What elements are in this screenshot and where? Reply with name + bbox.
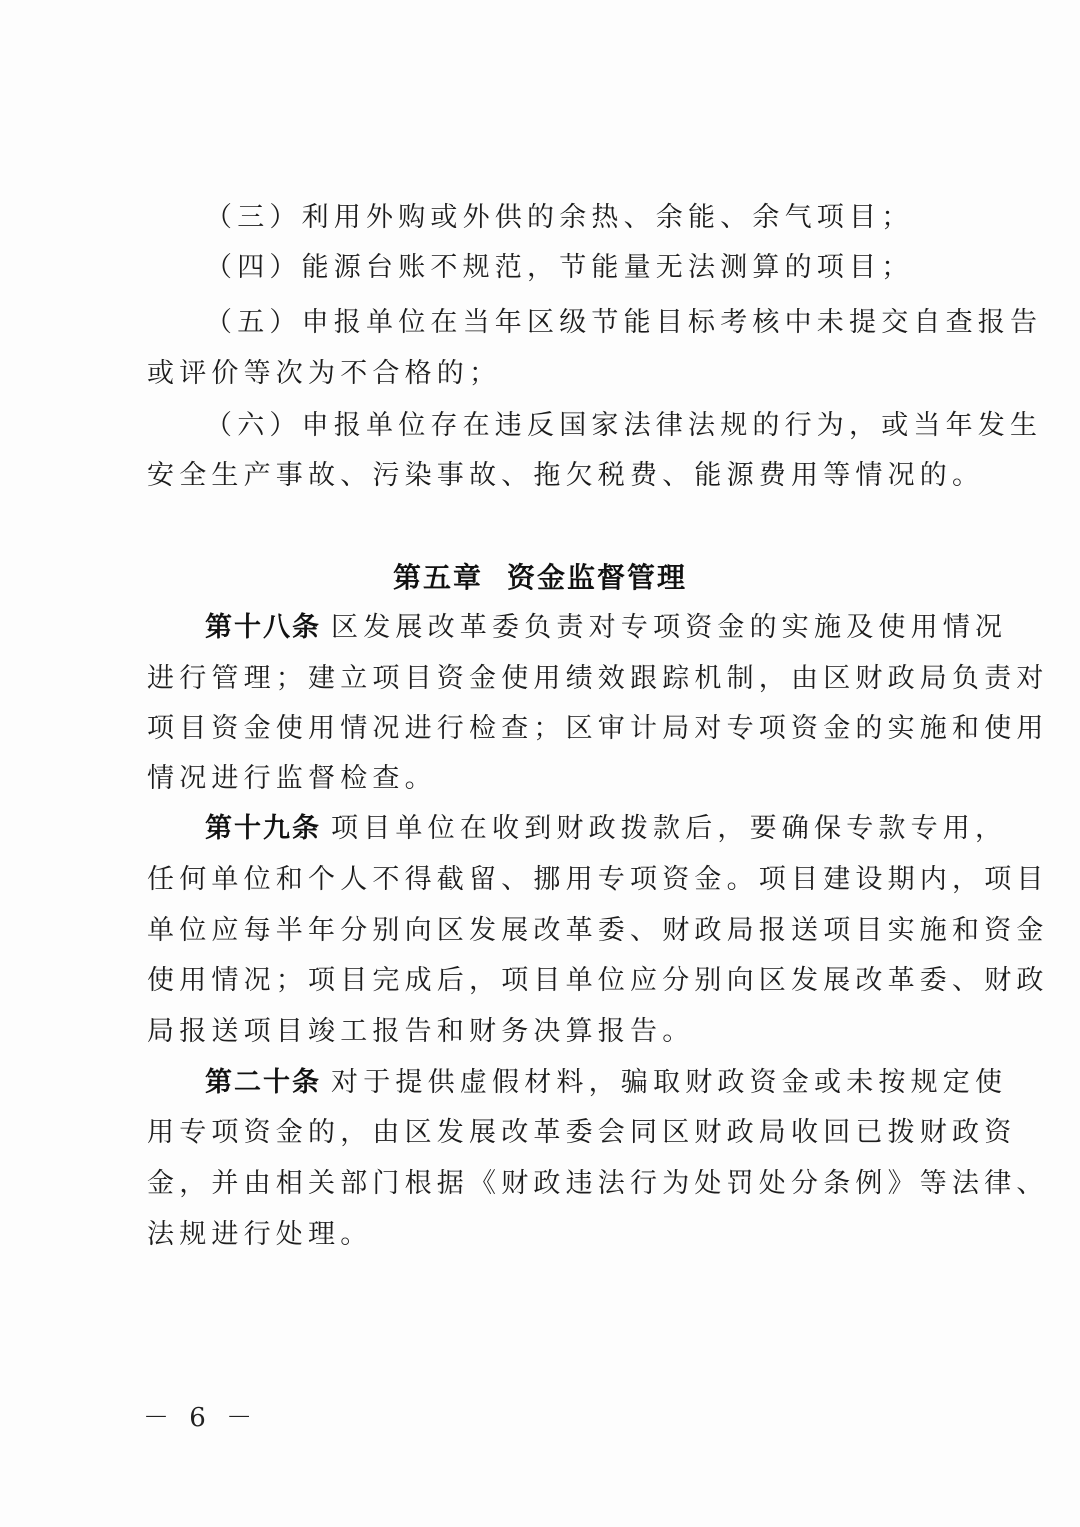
article-20-label: 第二十条 [205, 1067, 321, 1098]
list-item-5-line-1: （五）申报单位在当年区级节能目标考核中未提交自查报告 [205, 303, 947, 343]
article-18-line-3: 项目资金使用情况进行检查；区审计局对专项资金的实施和使用 [147, 709, 947, 749]
article-19-label: 第十九条 [205, 813, 321, 844]
article-19-text-1: 项目单位在收到财政拨款后，要确保专款专用， [331, 813, 1007, 844]
article-19-line-3: 单位应每半年分别向区发展改革委、财政局报送项目实施和资金 [147, 911, 947, 951]
article-20-line-2: 用专项资金的，由区发展改革委会同区财政局收回已拨财政资 [147, 1113, 947, 1153]
list-item-5-line-2: 或评价等次为不合格的； [147, 354, 947, 394]
chapter-heading: 第五章资金监督管理 [0, 558, 1080, 598]
article-18-line-4: 情况进行监督检查。 [147, 759, 947, 799]
article-18-line-2: 进行管理；建立项目资金使用绩效跟踪机制，由区财政局负责对 [147, 659, 947, 699]
article-18-line-1: 第十八条区发展改革委负责对专项资金的实施及使用情况 [205, 608, 947, 648]
article-19-line-4: 使用情况；项目完成后，项目单位应分别向区发展改革委、财政 [147, 961, 947, 1001]
list-item-4-line-1: （四）能源台账不规范，节能量无法测算的项目； [205, 252, 913, 283]
article-19-line-2: 任何单位和个人不得截留、挪用专项资金。项目建设期内，项目 [147, 860, 947, 900]
article-20-line-4: 法规进行处理。 [147, 1215, 947, 1255]
list-item-3: （三）利用外购或外供的余热、余能、余气项目； [205, 198, 1005, 238]
list-item-6-line-1: （六）申报单位存在违反国家法律法规的行为，或当年发生 [205, 406, 947, 446]
article-18-text-1: 区发展改革委负责对专项资金的实施及使用情况 [331, 612, 1007, 643]
article-19-line-1: 第十九条项目单位在收到财政拨款后，要确保专款专用， [205, 809, 947, 849]
list-item-3-line-1: （三）利用外购或外供的余热、余能、余气项目； [205, 202, 913, 233]
article-19-line-5: 局报送项目竣工报告和财务决算报告。 [147, 1012, 947, 1052]
article-20-line-3: 金，并由相关部门根据《财政违法行为处罚处分条例》等法律、 [147, 1164, 947, 1204]
chapter-title: 资金监督管理 [507, 561, 687, 594]
page-number: － 6 － [143, 1400, 258, 1436]
chapter-number: 第五章 [393, 561, 483, 594]
document-page: （三）利用外购或外供的余热、余能、余气项目； （四）能源台账不规范，节能量无法测… [0, 0, 1080, 1527]
list-item-6-line-2: 安全生产事故、污染事故、拖欠税费、能源费用等情况的。 [147, 456, 947, 496]
article-20-text-1: 对于提供虚假材料，骗取财政资金或未按规定使 [331, 1067, 1007, 1098]
article-18-label: 第十八条 [205, 612, 321, 643]
article-20-line-1: 第二十条对于提供虚假材料，骗取财政资金或未按规定使 [205, 1063, 947, 1103]
list-item-4: （四）能源台账不规范，节能量无法测算的项目； [205, 248, 1005, 288]
